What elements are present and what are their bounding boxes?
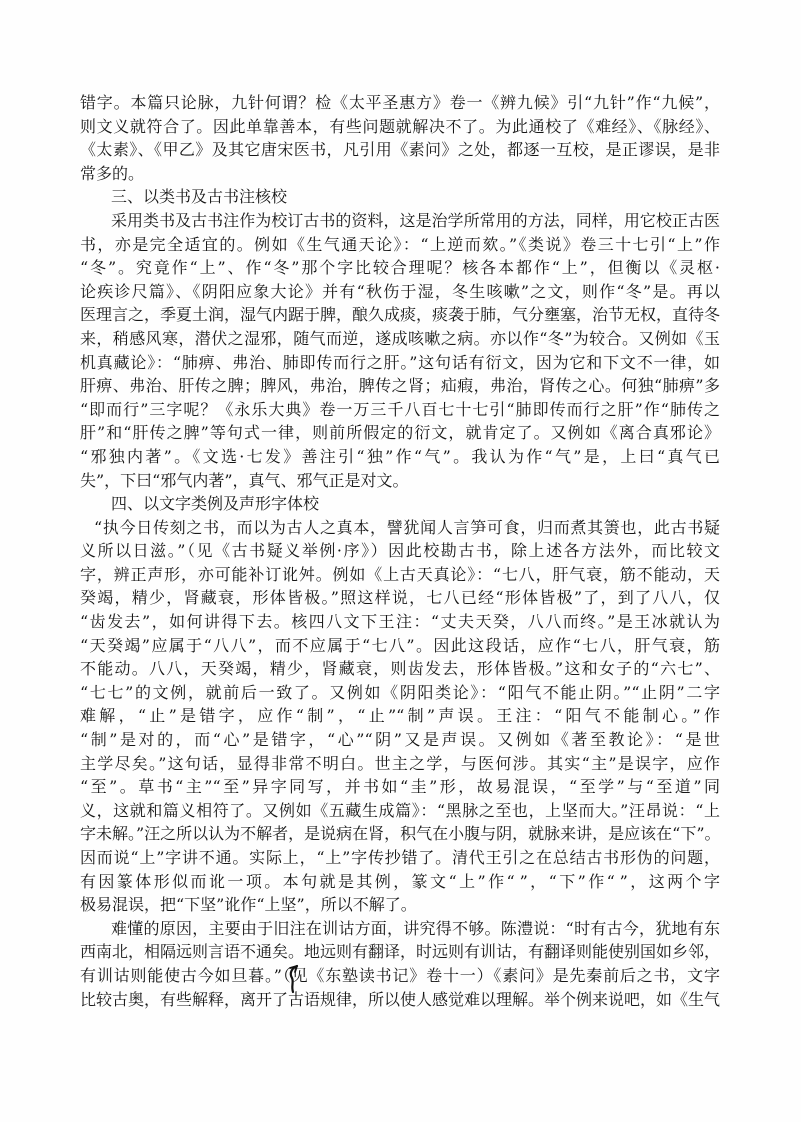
section-heading-3: 三、以类书及古书注核校 — [80, 185, 720, 209]
text-line: 难解，“止”是错字，应作“制”，“止”“制”声误。王注：“阳气不能制心。”作 — [80, 704, 720, 728]
text-line: 字未解。”汪之所以认为不解者，是说病在肾，积气在小腹与阴，就脉来讲，是应该在“下… — [80, 822, 720, 846]
text-line: 书，亦是完全适宜的。例如《生气通天论》：“上逆而欬。”《类说》卷三十七引“上”作 — [80, 233, 720, 257]
text-line: 癸竭，精少，肾藏衰，形体皆极。”照这样说，七八已经“形体皆极”了，到了八八，仅 — [80, 586, 720, 610]
text-line: 错字。本篇只论脉，九针何谓？检《太平圣惠方》卷一《辨九候》引“九针”作“九候”， — [80, 91, 720, 115]
text-line: “齿发去”，如何讲得下去。核四八文下王注：“丈夫天癸，八八而终。”是王冰就认为 — [80, 610, 720, 634]
text-line: “天癸竭”应属于“八八”，而不应属于“七八”。因此这段话，应作“七八，肝气衰，筋 — [80, 634, 720, 658]
text-line: 极易混误，把“下坚”讹作“上坚”，所以不解了。 — [80, 893, 720, 917]
text-line: 肝痹、弗治、肝传之脾；脾风，弗治，脾传之肾；疝瘕，弗治，肾传之心。何独“肺痹”多 — [80, 374, 720, 398]
cursor-mark-icon — [286, 964, 302, 994]
text-line: 有训诂则能使古今如旦暮。”（见《东塾读书记》卷十一）《素问》是先秦前后之书，文字 — [80, 964, 720, 988]
text-line: “七七”的文例，就前后一致了。又例如《阴阳类论》：“阳气不能止阴。”“止阴”二字 — [80, 681, 720, 705]
text-line: 西南北，相隔远则言语不通矣。地远则有翻译，时远则有训诂，有翻译则能使别国如乡邻， — [80, 940, 720, 964]
text-line: 有因篆体形似而讹一项。本句就是其例，篆文“上”作“𠄞”，“下”作“𠄟”，这两个字 — [80, 870, 720, 894]
text-line: “执今日传刻之书，而以为古人之真本，譬犹闻人言笋可食，归而煮其箦也，此古书疑 — [80, 516, 720, 540]
text-line: 常多的。 — [80, 162, 720, 186]
text-line: “即而行”三字呢？《永乐大典》卷一万三千八百七十七引“肺即传而行之肝”作“肺传之 — [80, 398, 720, 422]
text-line: “至”。草书“主”“至”异字同写，并书如“圭”形，故易混误，“至学”与“至道”同 — [80, 775, 720, 799]
text-line: 论疾诊尺篇》、《阴阳应象大论》并有“秋伤于湿，冬生咳嗽”之文，则作“冬”是。再以 — [80, 280, 720, 304]
text-line: 不能动。八八，天癸竭，精少，肾藏衰，则齿发去，形体皆极。”这和女子的“六七”、 — [80, 657, 720, 681]
text-line: “邪独内著”。《文选·七发》善注引“独”作“气”。我认为作“气”是，上曰“真气已 — [80, 445, 720, 469]
text-line: 比较古奥，有些解释，离开了古语规律，所以使人感觉难以理解。举个例来说吧，如《生气 — [80, 988, 720, 1012]
text-line: 字，辨正声形，亦可能补订讹舛。例如《上古天真论》：“七八，肝气衰，筋不能动，天 — [80, 563, 720, 587]
text-line: 义，这就和篇义相符了。又例如《五藏生成篇》：“黑脉之至也，上坚而大。”汪昂说：“… — [80, 799, 720, 823]
text-line: 医理言之，季夏土润，湿气内踞于脾，酿久成痰，痰袭于肺，气分壅塞，治节无权，直待冬 — [80, 303, 720, 327]
body-text: 错字。本篇只论脉，九针何谓？检《太平圣惠方》卷一《辨九候》引“九针”作“九候”，… — [80, 91, 720, 1011]
text-line: 主学尽矣。”这句话，显得非常不明白。世主之学，与医何涉。其实“主”是误字，应作 — [80, 752, 720, 776]
text-line: 因而说“上”字讲不通。实际上，“上”字传抄错了。清代王引之在总结古书形伪的问题， — [80, 846, 720, 870]
text-line: 采用类书及古书注作为校订古书的资料，这是治学所常用的方法，同样，用它校正古医 — [80, 209, 720, 233]
text-line: 则文义就符合了。因此单靠善本，有些问题就解决不了。为此通校了《难经》、《脉经》、 — [80, 115, 720, 139]
text-line: 难懂的原因，主要由于旧注在训诂方面，讲究得不够。陈澧说：“时有古今，犹地有东 — [80, 917, 720, 941]
section-heading-4: 四、以文字类例及声形字体校 — [80, 492, 720, 516]
text-line: 失”，下曰“邪气内著”，真气、邪气正是对文。 — [80, 469, 720, 493]
text-line: 机真藏论》：“肺痹、弗治、肺即传而行之肝。”这句话有衍文，因为它和下文不一律，如 — [80, 351, 720, 375]
scanned-page: 错字。本篇只论脉，九针何谓？检《太平圣惠方》卷一《辨九候》引“九针”作“九候”，… — [0, 0, 801, 1122]
text-line: 肝”和“肝传之脾”等句式一律，则前所假定的衍文，就肯定了。又例如《离合真邪论》 — [80, 421, 720, 445]
text-line: 《太素》、《甲乙》及其它唐宋医书，凡引用《素问》之处，都逐一互校，是正谬误，是非 — [80, 138, 720, 162]
text-line: “冬”。究竟作“上”、作“冬”那个字比较合理呢？核各本都作“上”，但衡以《灵枢· — [80, 256, 720, 280]
text-line: 义所以日滋。”（见《古书疑义举例·序》）因此校勘古书，除上述各方法外，而比较文 — [80, 539, 720, 563]
text-line: 来，稍感风寒，潜伏之湿邪，随气而逆，遂成咳嗽之病。亦以作“冬”为较合。又例如《玉 — [80, 327, 720, 351]
text-line: “制”是对的，而“心”是错字，“心”“阴”又是声误。又例如《著至教论》：“是世 — [80, 728, 720, 752]
